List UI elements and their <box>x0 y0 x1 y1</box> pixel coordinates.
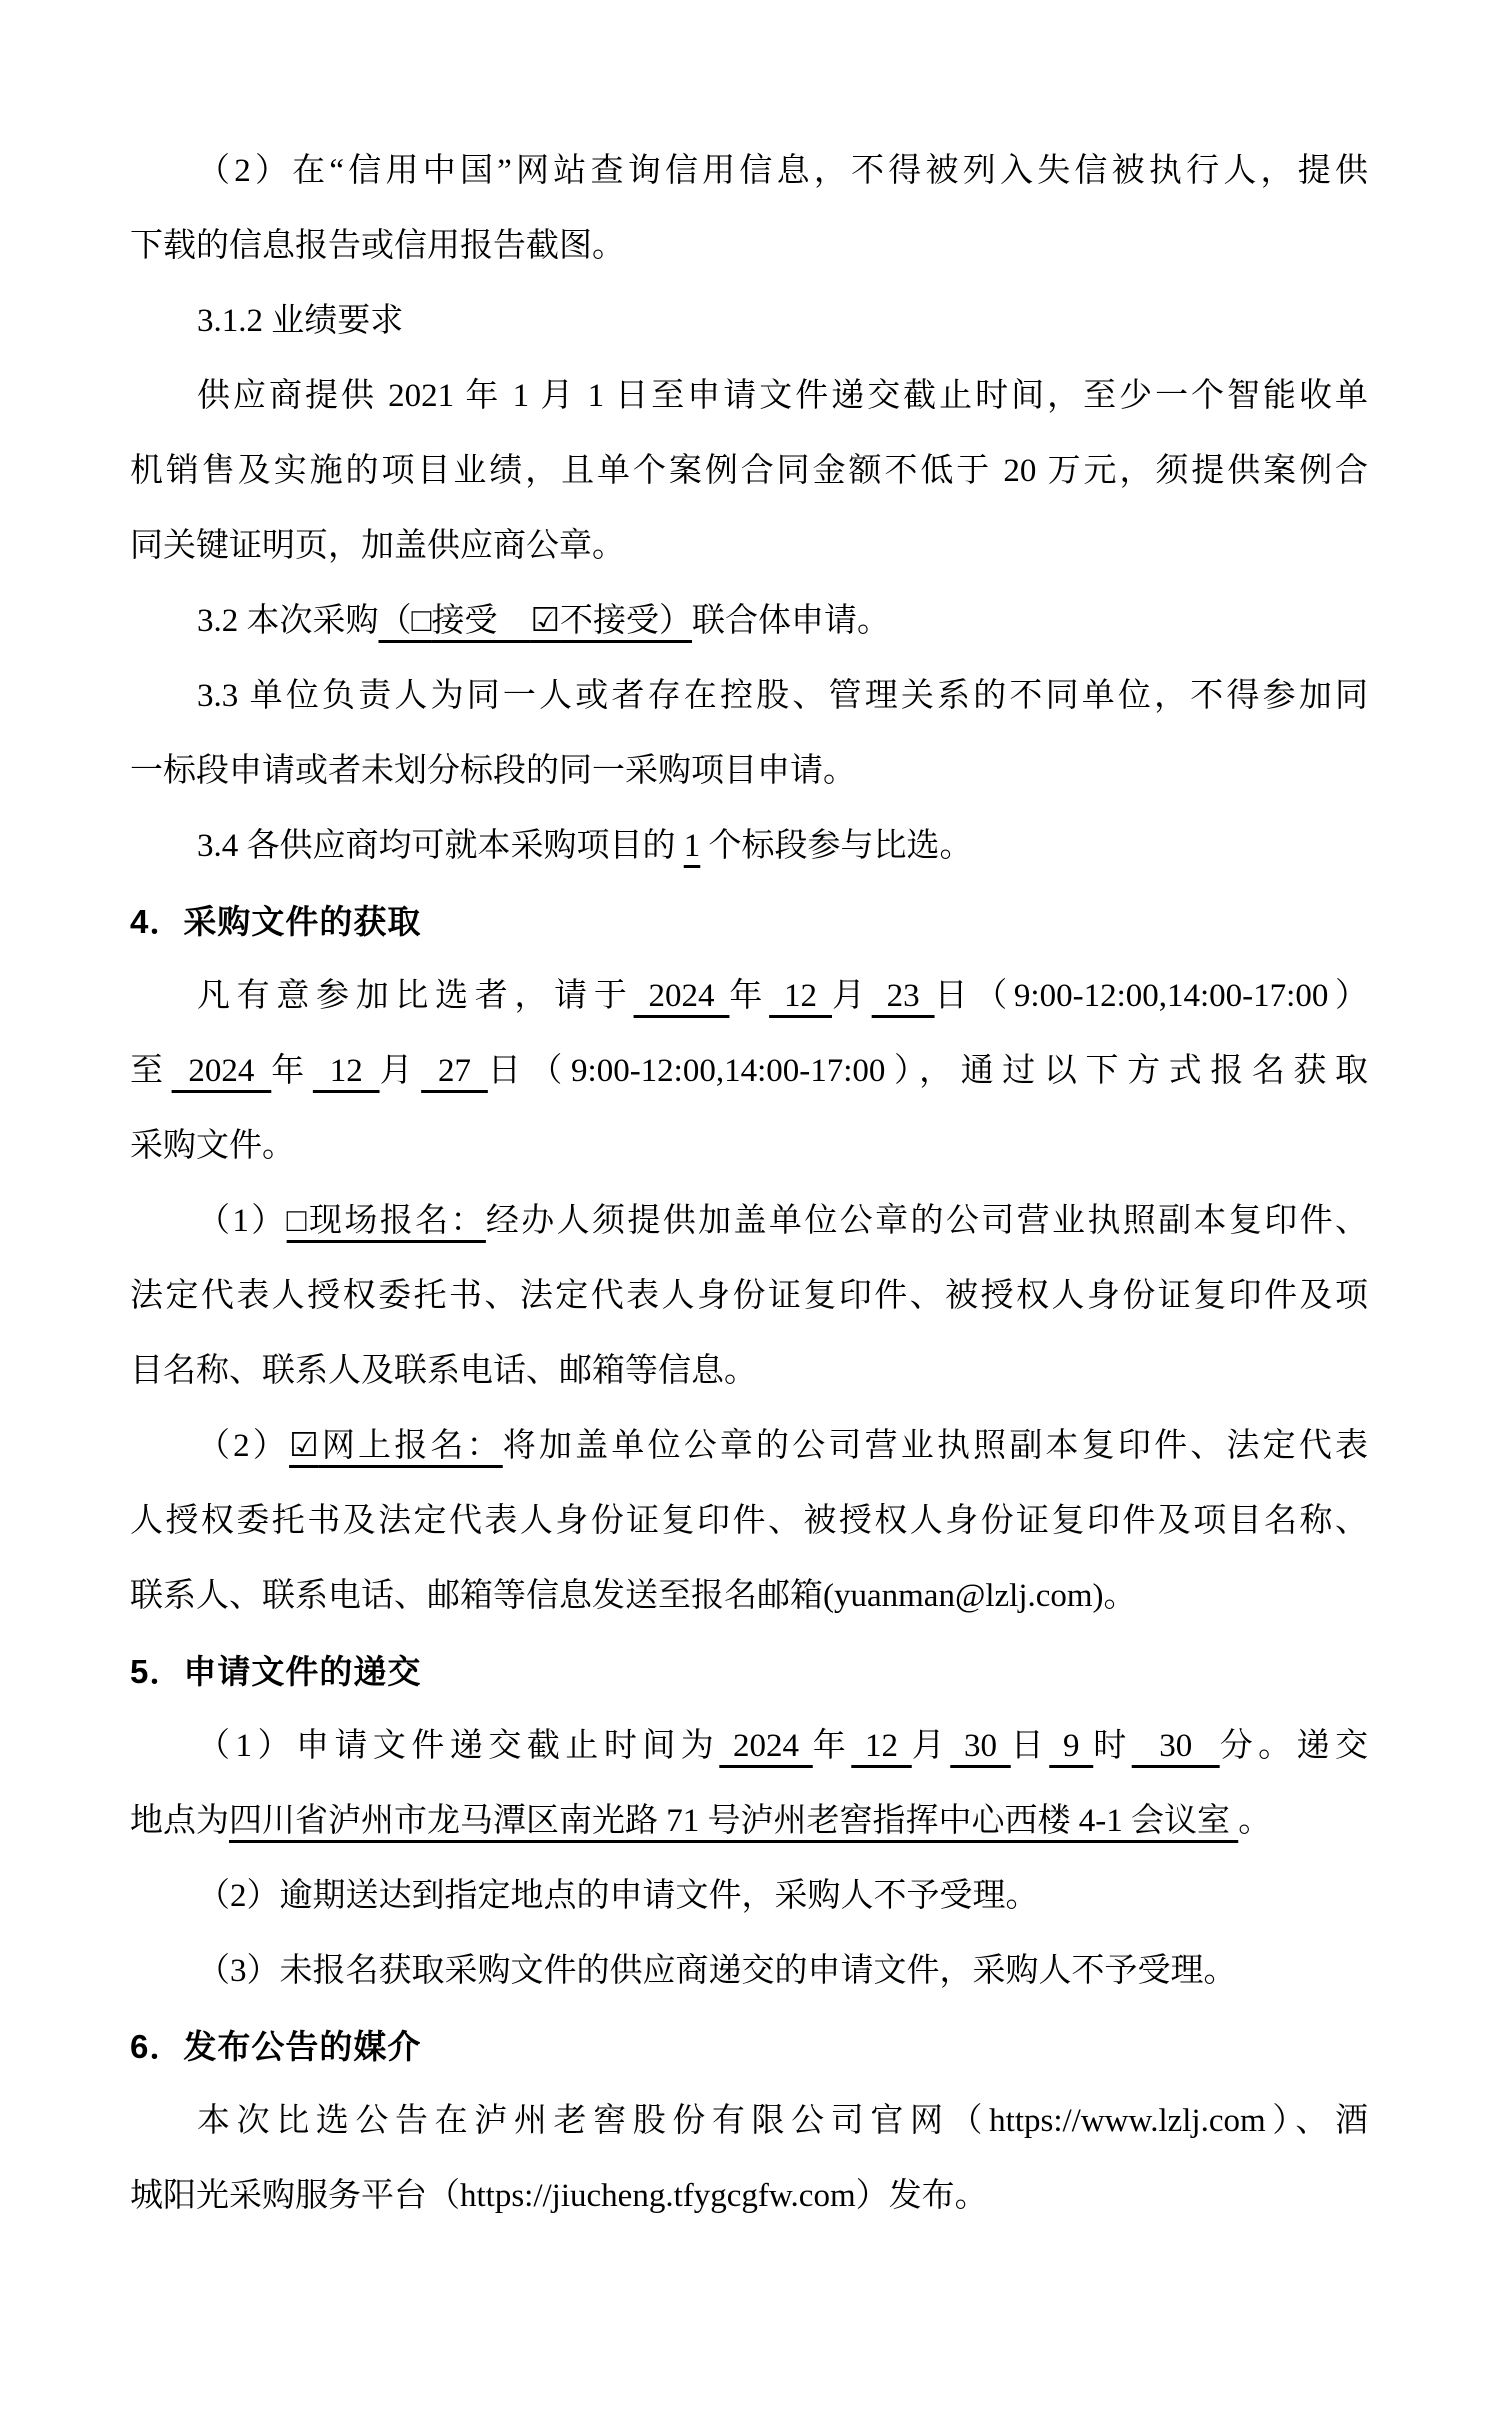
text-segment: 月 <box>832 978 872 1014</box>
underlined-text: 四川省泸州市龙马潭区南光路 71 号泸州老窖指挥中心西楼 4-1 会议室 <box>229 1803 1238 1839</box>
text-segment: 年 <box>271 1053 313 1089</box>
text-segment: 日 <box>1011 1728 1050 1764</box>
underlined-text: 2024 <box>634 978 730 1014</box>
text-line: 3.4 各供应商均可就本采购项目的 1 个标段参与比选。 <box>130 809 1368 884</box>
text-segment: 至 <box>130 1053 172 1089</box>
text-line: 3.2 本次采购（□接受 ☑不接受）联合体申请。 <box>130 584 1368 659</box>
text-segment: 5．申请文件的递交 <box>130 1653 421 1690</box>
text-segment: 月 <box>380 1053 422 1089</box>
document-page: （2）在“信用中国”网站查询信用信息，不得被列入失信被执行人，提供下载的信息报告… <box>0 0 1500 2430</box>
text-line: 供应商提供 2021 年 1 月 1 日至申请文件递交截止时间，至少一个智能收单 <box>130 359 1368 434</box>
underlined-text: 不接受） <box>560 603 692 639</box>
text-line: 人授权委托书及法定代表人身份证复印件、被授权人身份证复印件及项目名称、 <box>130 1484 1368 1559</box>
text-line: 凡有意参加比选者，请于 2024 年 12 月 23 日（9:00-12:00,… <box>130 959 1368 1034</box>
text-segment: 地点为 <box>130 1803 229 1839</box>
text-segment: 个标段参与比选。 <box>700 828 972 864</box>
text-line: 地点为四川省泸州市龙马潭区南光路 71 号泸州老窖指挥中心西楼 4-1 会议室 … <box>130 1784 1368 1859</box>
underlined-text: 9 <box>1049 1728 1093 1764</box>
text-segment: （2）在“信用中国”网站查询信用信息，不得被列入失信被执行人，提供 <box>197 153 1368 189</box>
underlined-text: （ <box>379 603 412 639</box>
text-line: 一标段申请或者未划分标段的同一采购项目申请。 <box>130 734 1368 809</box>
text-segment: 供应商提供 2021 年 1 月 1 日至申请文件递交截止时间，至少一个智能收单 <box>197 378 1368 414</box>
text-line: 3.1.2 业绩要求 <box>130 284 1368 359</box>
underlined-text: 12 <box>851 1728 911 1764</box>
text-segment: 城阳光采购服务平台（https://jiucheng.tfygcgfw.com）… <box>130 2178 988 2214</box>
text-line: （2）逾期送达到指定地点的申请文件，采购人不予受理。 <box>130 1859 1368 1934</box>
underlined-text: 接受 <box>431 603 530 639</box>
text-line: 本次比选公告在泸州老窖股份有限公司官网（https://www.lzlj.com… <box>130 2084 1368 2159</box>
text-segment: 3.4 各供应商均可就本采购项目的 <box>197 828 684 864</box>
checkbox-checked-icon: ☑ <box>289 1428 319 1464</box>
text-segment: 3.3 单位负责人为同一人或者存在控股、管理关系的不同单位，不得参加同 <box>197 678 1368 714</box>
text-segment: 经办人须提供加盖单位公章的公司营业执照副本复印件、 <box>486 1203 1368 1239</box>
checkbox-unchecked-icon: □ <box>412 603 432 639</box>
text-segment: 联合体申请。 <box>692 603 890 639</box>
underlined-text: 1 <box>684 828 701 864</box>
text-line: 法定代表人授权委托书、法定代表人身份证复印件、被授权人身份证复印件及项 <box>130 1259 1368 1334</box>
underlined-text: 27 <box>421 1053 488 1089</box>
text-line: 下载的信息报告或信用报告截图。 <box>130 209 1368 284</box>
text-segment: 分。递交 <box>1220 1728 1368 1764</box>
text-line: （2）☑网上报名：将加盖单位公章的公司营业执照副本复印件、法定代表 <box>130 1409 1368 1484</box>
underlined-text: 2024 <box>172 1053 272 1089</box>
text-segment: 。 <box>1238 1803 1271 1839</box>
section-heading: 5．申请文件的递交 <box>130 1634 1368 1709</box>
checkbox-unchecked-icon: □ <box>287 1203 309 1239</box>
text-segment: 凡有意参加比选者，请于 <box>197 978 634 1014</box>
text-segment: 本次比选公告在泸州老窖股份有限公司官网（https://www.lzlj.com… <box>197 2103 1368 2139</box>
text-segment: 将加盖单位公章的公司营业执照副本复印件、法定代表 <box>503 1428 1368 1464</box>
text-line: 采购文件。 <box>130 1109 1368 1184</box>
text-line: 目名称、联系人及联系电话、邮箱等信息。 <box>130 1334 1368 1409</box>
text-segment: 人授权委托书及法定代表人身份证复印件、被授权人身份证复印件及项目名称、 <box>130 1503 1368 1539</box>
text-segment: 年 <box>813 1728 852 1764</box>
underlined-text: 30 <box>1132 1728 1220 1764</box>
text-segment: 联系人、联系电话、邮箱等信息发送至报名邮箱(yuanman@lzlj.com)。 <box>130 1578 1137 1614</box>
text-line: （2）在“信用中国”网站查询信用信息，不得被列入失信被执行人，提供 <box>130 134 1368 209</box>
checkbox-checked-icon: ☑ <box>530 603 560 639</box>
text-segment: （3）未报名获取采购文件的供应商递交的申请文件，采购人不予受理。 <box>197 1953 1237 1989</box>
text-segment: 时 <box>1093 1728 1132 1764</box>
text-line: （1）□现场报名：经办人须提供加盖单位公章的公司营业执照副本复印件、 <box>130 1184 1368 1259</box>
text-line: 机销售及实施的项目业绩，且单个案例合同金额不低于 20 万元，须提供案例合 <box>130 434 1368 509</box>
text-segment: 采购文件。 <box>130 1128 295 1164</box>
text-segment: 日（9:00-12:00,14:00-17:00），通过以下方式报名获取 <box>488 1053 1368 1089</box>
underlined-text: 网上报名： <box>319 1428 503 1464</box>
section-heading: 4．采购文件的获取 <box>130 884 1368 959</box>
text-segment: 日（9:00-12:00,14:00-17:00） <box>935 978 1368 1014</box>
underlined-text: 23 <box>872 978 935 1014</box>
text-segment: 3.2 本次采购 <box>197 603 379 639</box>
text-segment: （2）逾期送达到指定地点的申请文件，采购人不予受理。 <box>197 1878 1039 1914</box>
underlined-text: 2024 <box>719 1728 812 1764</box>
text-segment: （2） <box>197 1428 289 1464</box>
text-segment: 下载的信息报告或信用报告截图。 <box>130 228 625 264</box>
underlined-text: 30 <box>950 1728 1010 1764</box>
text-segment: 年 <box>729 978 769 1014</box>
text-segment: 法定代表人授权委托书、法定代表人身份证复印件、被授权人身份证复印件及项 <box>130 1278 1368 1314</box>
text-segment: 同关键证明页，加盖供应商公章。 <box>130 528 625 564</box>
text-segment: 一标段申请或者未划分标段的同一采购项目申请。 <box>130 753 856 789</box>
text-segment: 3.1.2 业绩要求 <box>197 303 403 339</box>
text-segment: 目名称、联系人及联系电话、邮箱等信息。 <box>130 1353 757 1389</box>
underlined-text: 现场报名： <box>309 1203 486 1239</box>
text-segment: 4．采购文件的获取 <box>130 903 421 940</box>
text-segment: 6．发布公告的媒介 <box>130 2028 421 2065</box>
text-line: 3.3 单位负责人为同一人或者存在控股、管理关系的不同单位，不得参加同 <box>130 659 1368 734</box>
text-line: 至 2024 年 12 月 27 日（9:00-12:00,14:00-17:0… <box>130 1034 1368 1109</box>
section-heading: 6．发布公告的媒介 <box>130 2009 1368 2084</box>
text-segment: 月 <box>912 1728 951 1764</box>
text-segment: 机销售及实施的项目业绩，且单个案例合同金额不低于 20 万元，须提供案例合 <box>130 453 1368 489</box>
underlined-text: 12 <box>769 978 832 1014</box>
text-segment: （1） <box>197 1203 287 1239</box>
text-line: 城阳光采购服务平台（https://jiucheng.tfygcgfw.com）… <box>130 2159 1368 2234</box>
text-line: 联系人、联系电话、邮箱等信息发送至报名邮箱(yuanman@lzlj.com)。 <box>130 1559 1368 1634</box>
text-line: 同关键证明页，加盖供应商公章。 <box>130 509 1368 584</box>
document-body: （2）在“信用中国”网站查询信用信息，不得被列入失信被执行人，提供下载的信息报告… <box>130 134 1368 2234</box>
text-line: （3）未报名获取采购文件的供应商递交的申请文件，采购人不予受理。 <box>130 1934 1368 2009</box>
underlined-text: 12 <box>313 1053 380 1089</box>
text-line: （1）申请文件递交截止时间为 2024 年 12 月 30 日 9 时 30 分… <box>130 1709 1368 1784</box>
text-segment: （1）申请文件递交截止时间为 <box>197 1728 719 1764</box>
